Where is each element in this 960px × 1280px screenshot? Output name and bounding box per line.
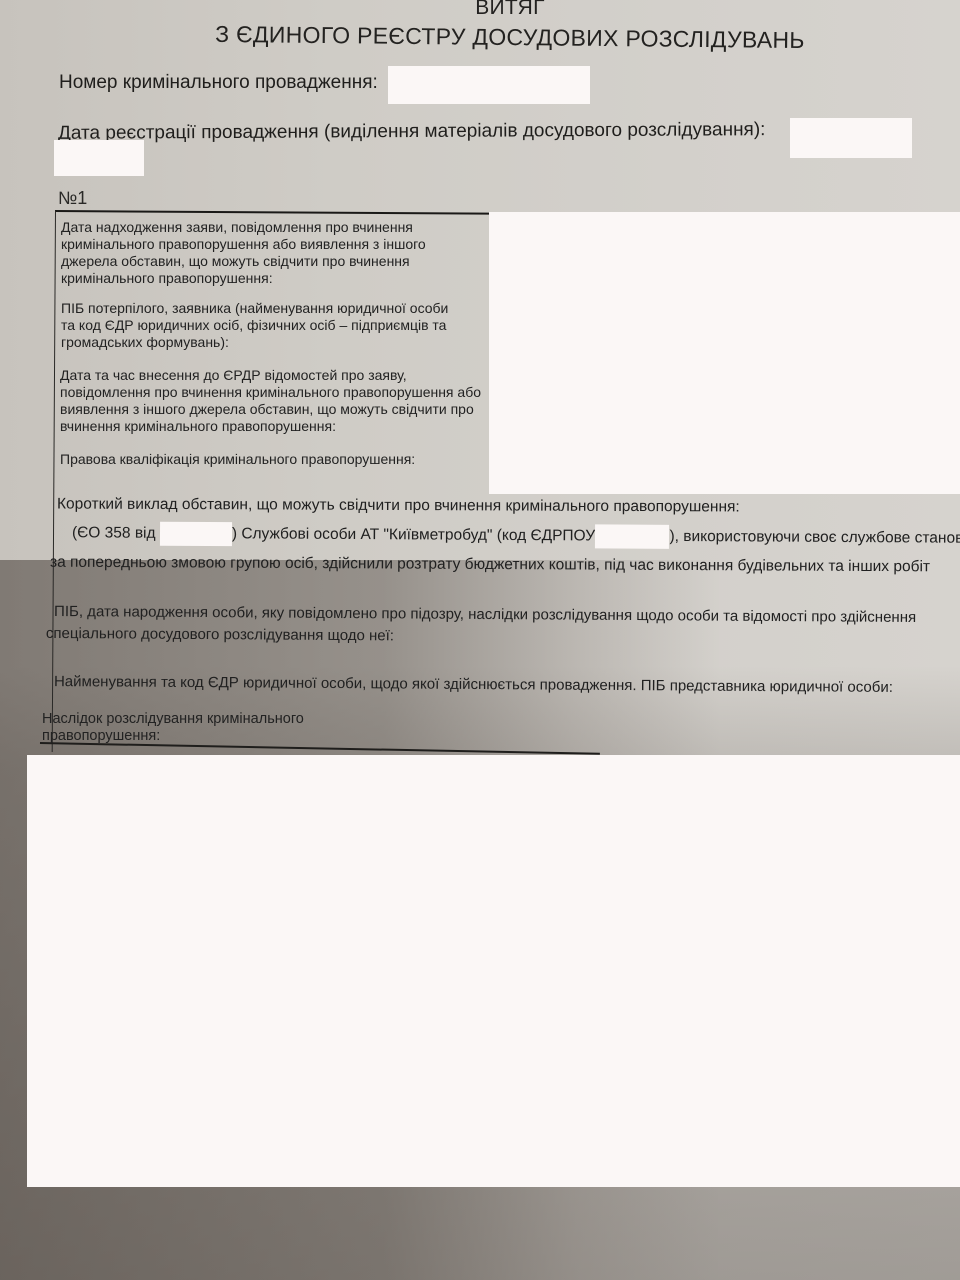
case-number-label: Номер кримінального провадження: xyxy=(59,72,378,94)
ec-date-redacted xyxy=(160,522,232,546)
receipt-date-label: Дата надходження заяви, повідомлення про… xyxy=(61,219,426,287)
legal-qualification-label: Правова кваліфікація кримінального право… xyxy=(60,451,415,468)
edrpou-redacted xyxy=(595,524,669,548)
investigation-result-label: Наслідок розслідування кримінального пра… xyxy=(42,711,304,745)
entry-datetime-label: Дата та час внесення до ЄРДР відомостей … xyxy=(60,367,488,435)
suspect-label: ПІБ, дата народження особи, яку повідомл… xyxy=(54,601,916,651)
victim-applicant-label: ПІБ потерпілого, заявника (найменування … xyxy=(61,300,448,351)
summary-label: Короткий виклад обставин, що можуть свід… xyxy=(57,496,740,517)
field-values-redacted xyxy=(489,212,960,494)
document-title: ВИТЯГ xyxy=(0,0,960,20)
registration-date-redacted-1 xyxy=(790,118,912,158)
registration-date-redacted-2 xyxy=(54,140,144,176)
case-number-redacted xyxy=(388,66,590,104)
lower-section-redacted xyxy=(27,755,960,1187)
registration-date-label: Дата реєстрації провадження (виділення м… xyxy=(58,119,766,145)
entry-number: №1 xyxy=(58,188,87,209)
